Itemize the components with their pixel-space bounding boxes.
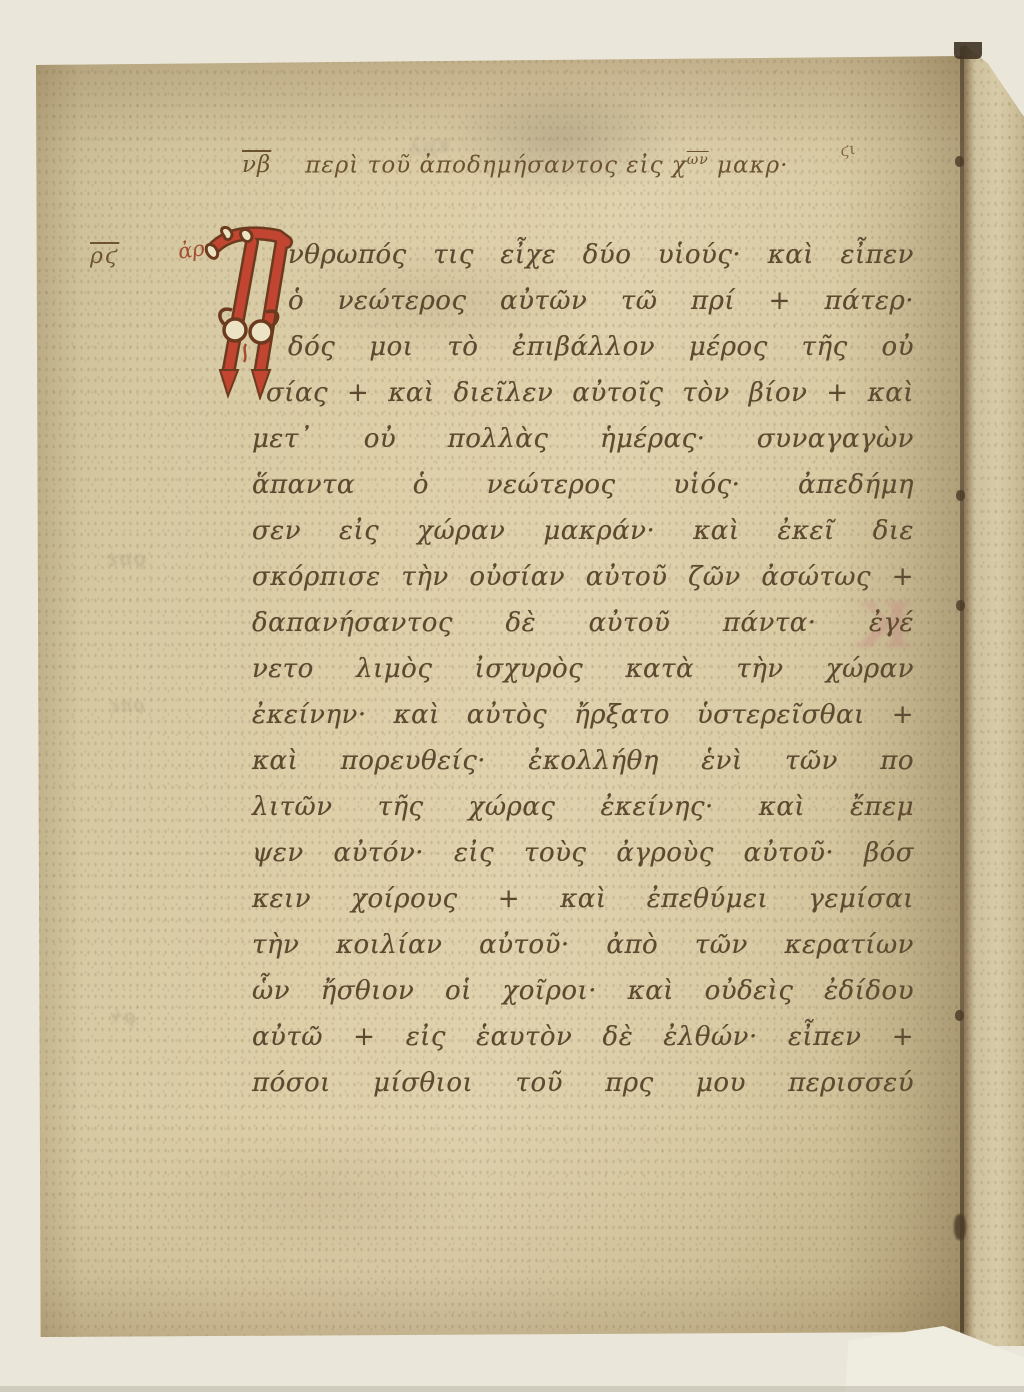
show-through-left-2: ϙπε: [108, 695, 145, 716]
sewing-station: [955, 156, 964, 167]
binding-seam: [960, 46, 964, 1344]
show-through-left-1: ϙπε: [104, 545, 147, 570]
chapter-numeral: νβ: [242, 152, 271, 178]
text-line: αὐτῶ + εἰς ἑαυτὸν δὲ ἐλθών· εἶπεν +: [252, 1014, 914, 1060]
abbreviation-superscript: ων: [687, 152, 709, 168]
text-line: δός μοι τὸ ἐπιβάλλον μέρος τῆς οὐ: [252, 324, 914, 370]
text-line: κειν χοίρους + καὶ ἐπεθύμει γεμίσαι: [252, 876, 914, 922]
text-line: καὶ πορευθείς· ἐκολλήθη ἑνὶ τῶν πο: [252, 738, 914, 784]
binding-top-notch: [954, 42, 982, 59]
text-line: νετο λιμὸς ἰσχυρὸς κατὰ τὴν χώραν: [252, 646, 914, 692]
text-line: ἐκείνην· καὶ αὐτὸς ἤρξατο ὑστερεῖσθαι +: [252, 692, 914, 738]
text-line: τὴν κοιλίαν αὐτοῦ· ἀπὸ τῶν κερατίων: [252, 922, 914, 968]
text-line: λιτῶν τῆς χώρας ἐκείνης· καὶ ἔπεμ: [252, 784, 914, 830]
parchment-page: κμλ ϙπε ϙπε ϙϟ Κ νβ περὶ τοῦ ἀποδημήσαντ…: [36, 56, 964, 1337]
chapter-title-end: μακρ·: [717, 153, 788, 179]
text-block: νθρωπός τις εἶχε δύο υἱούς· καὶ εἶπεν ὁ …: [252, 232, 914, 1106]
text-line: μετ᾽ οὐ πολλὰς ἡμέρας· συναγαγὼν: [252, 416, 914, 462]
text-line: ὁ νεώτερος αὐτῶν τῶ πρί + πάτερ·: [252, 278, 914, 324]
show-through-left-3: ϙϟ: [108, 1006, 137, 1029]
text-line: δαπανήσαντος δὲ αὐτοῦ πάντα· ἐγέ: [252, 600, 914, 646]
sewing-station: [956, 600, 965, 611]
sewing-thread: [954, 1214, 966, 1240]
running-header: νβ περὶ τοῦ ἀποδημήσαντος εἰς χων μακρ·: [242, 152, 788, 179]
text-line: νθρωπός τις εἶχε δύο υἱούς· καὶ εἶπεν: [252, 232, 914, 278]
text-line: σίας + καὶ διεῖλεν αὐτοῖς τὸν βίον + καὶ: [252, 370, 914, 416]
chapter-title-text: περὶ τοῦ ἀποδημήσαντος εἰς χ: [305, 153, 687, 179]
text-line: ἅπαντα ὁ νεώτερος υἱός· ἀπεδήμη: [252, 462, 914, 508]
manuscript-photo: κμλ ϙπε ϙπε ϙϟ Κ νβ περὶ τοῦ ἀποδημήσαντ…: [0, 0, 1024, 1392]
text-line: σκόρπισε τὴν οὐσίαν αὐτοῦ ζῶν ἀσώτως +: [252, 554, 914, 600]
photo-bottom-edge: [0, 1386, 1024, 1392]
facing-page-edge: [964, 44, 1024, 1346]
sewing-station: [955, 1010, 964, 1021]
sewing-station: [956, 490, 965, 501]
stain: [156, 1136, 476, 1256]
margin-section-number: ρϛ: [90, 244, 119, 269]
text-line: σεν εἰς χώραν μακράν· καὶ ἐκεῖ διε: [252, 508, 914, 554]
text-line: ψεν αὐτόν· εἰς τοὺς ἀγροὺς αὐτοῦ· βόσ: [252, 830, 914, 876]
corner-annotation: ϛι: [838, 139, 857, 161]
text-line: πόσοι μίσθιοι τοῦ πρς μου περισσεύ: [252, 1060, 914, 1106]
text-line: ὧν ἤσθιον οἱ χοῖροι· καὶ οὐδεὶς ἐδίδου: [252, 968, 914, 1014]
chapter-title: περὶ τοῦ ἀποδημήσαντος εἰς χων μακρ·: [305, 152, 788, 179]
